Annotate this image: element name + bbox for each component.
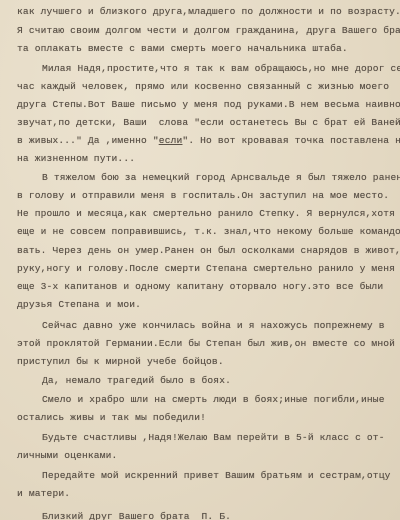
letter-line-25: личными оценками. [17,450,117,461]
letter-line-15: руку,ногу и голову.После смерти Степана … [17,263,395,274]
letter-paragraph-nadya-start: Милая Надя,простите,что я так к вам обра… [42,63,400,74]
letter-line-17: друзья Степана и мои. [17,299,141,310]
letter-line-6: друга Степы.Вот Ваше письмо у меня под р… [17,99,400,110]
letter-line-20: приступил бы к мирной учебе бойцов. [17,356,224,367]
letter-line-2: Я считаю своим долгом чести и долгом гра… [17,25,400,36]
letter-line-8-part-a: в живых..." Да ,именно " [17,135,159,146]
letter-line-9: на жизненном пути... [17,153,135,164]
letter-line-1: как лучшего и близкого друга,младшего по… [17,6,400,17]
letter-paragraph-war-over-start: Сейчас давно уже кончилась война и я нах… [42,320,385,331]
letter-line-23: остались живы и так мы победили! [17,412,206,423]
typewritten-letter-page: как лучшего и близкого друга,младшего по… [0,0,400,520]
letter-line-16: еще 3-х капитанов и одному капитану отор… [17,281,383,292]
letter-line-8: в живых..." Да ,именно "если". Но вот кр… [17,135,400,146]
letter-line-8-part-c: ". Но вот кровавая точка поставлена н [182,135,400,146]
letter-line-13: еще и не совсем поправившись, т.к. знал,… [17,226,400,237]
letter-paragraph-be-happy-start: Будьте счастливы ,Надя!Желаю Вам перейти… [42,432,385,443]
letter-line-19: этой проклятой Германии.Если бы Степан б… [17,338,395,349]
letter-line-12: Не прошло и месяца,как смертельно ранило… [17,208,395,219]
letter-paragraph-bravely-start: Смело и храбро шли на смерть люди в боях… [42,394,385,405]
underlined-word-esli: если [159,135,183,146]
letter-paragraph-regards-start: Передайте мой искренний привет Вашим бра… [42,470,391,481]
letter-line-27: и матери. [17,488,70,499]
letter-paragraph-battle-start: В тяжелом бою за немецкий город Арнсваль… [42,172,400,183]
letter-line-11: в голову и отправили меня в госпиталь.Он… [17,190,389,201]
letter-paragraph-tragedies: Да, немало трагедий было в боях. [42,375,231,386]
letter-line-5: час каждый человек, прямо или косвенно с… [17,81,389,92]
letter-signature-line: Близкий друг Вашего брата П. Б. [42,511,231,520]
letter-line-3: та оплакать вместе с вами смерть моего н… [17,43,348,54]
letter-line-14: вать. Через день он умер.Ранен он был ос… [17,245,400,256]
letter-line-7: звучат,по детски, Ваши слова "если остан… [17,117,400,128]
